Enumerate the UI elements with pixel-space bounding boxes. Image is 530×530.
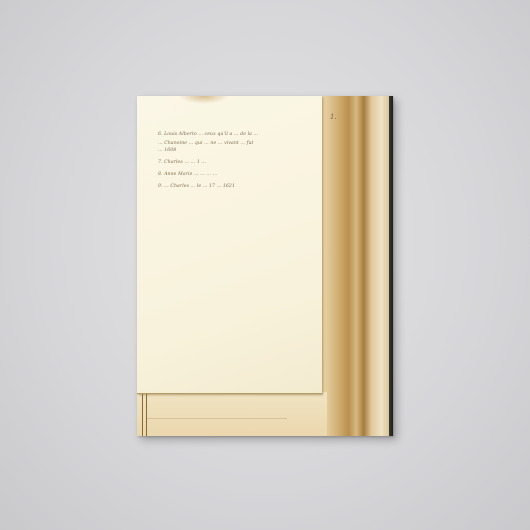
manuscript-entry: 9. ... Charles ... le ... 17 ... 1621 bbox=[158, 183, 308, 190]
front-manuscript-page: 6. Louis Alberto ... ceux qu'il a ... de… bbox=[137, 96, 322, 394]
faint-ruled-line bbox=[147, 418, 287, 419]
page-number: 1. bbox=[330, 113, 337, 121]
under-page-bottom-strip bbox=[137, 392, 327, 436]
manuscript-entry: 6. Louis Alberto ... ceux qu'il a ... de… bbox=[158, 131, 308, 138]
canvas-print: 1. 6. Louis Alberto ... ceux qu'il a ...… bbox=[137, 96, 393, 436]
manuscript-entry-continuation: ... 1608 bbox=[158, 147, 308, 154]
manuscript-entry-continuation: ... Chanoine ... qui ... ne ... vivant .… bbox=[158, 140, 308, 147]
manuscript-entry: 8. Anne Marie ... ... ... ... bbox=[158, 171, 308, 178]
manuscript-entry: 7. Charles ... ... 1 ... bbox=[158, 159, 308, 166]
ruled-margin-lines bbox=[142, 394, 147, 436]
page-stain bbox=[179, 96, 229, 104]
manuscript-text: 6. Louis Alberto ... ceux qu'il a ... de… bbox=[158, 131, 308, 192]
canvas-side-edge bbox=[389, 96, 393, 436]
